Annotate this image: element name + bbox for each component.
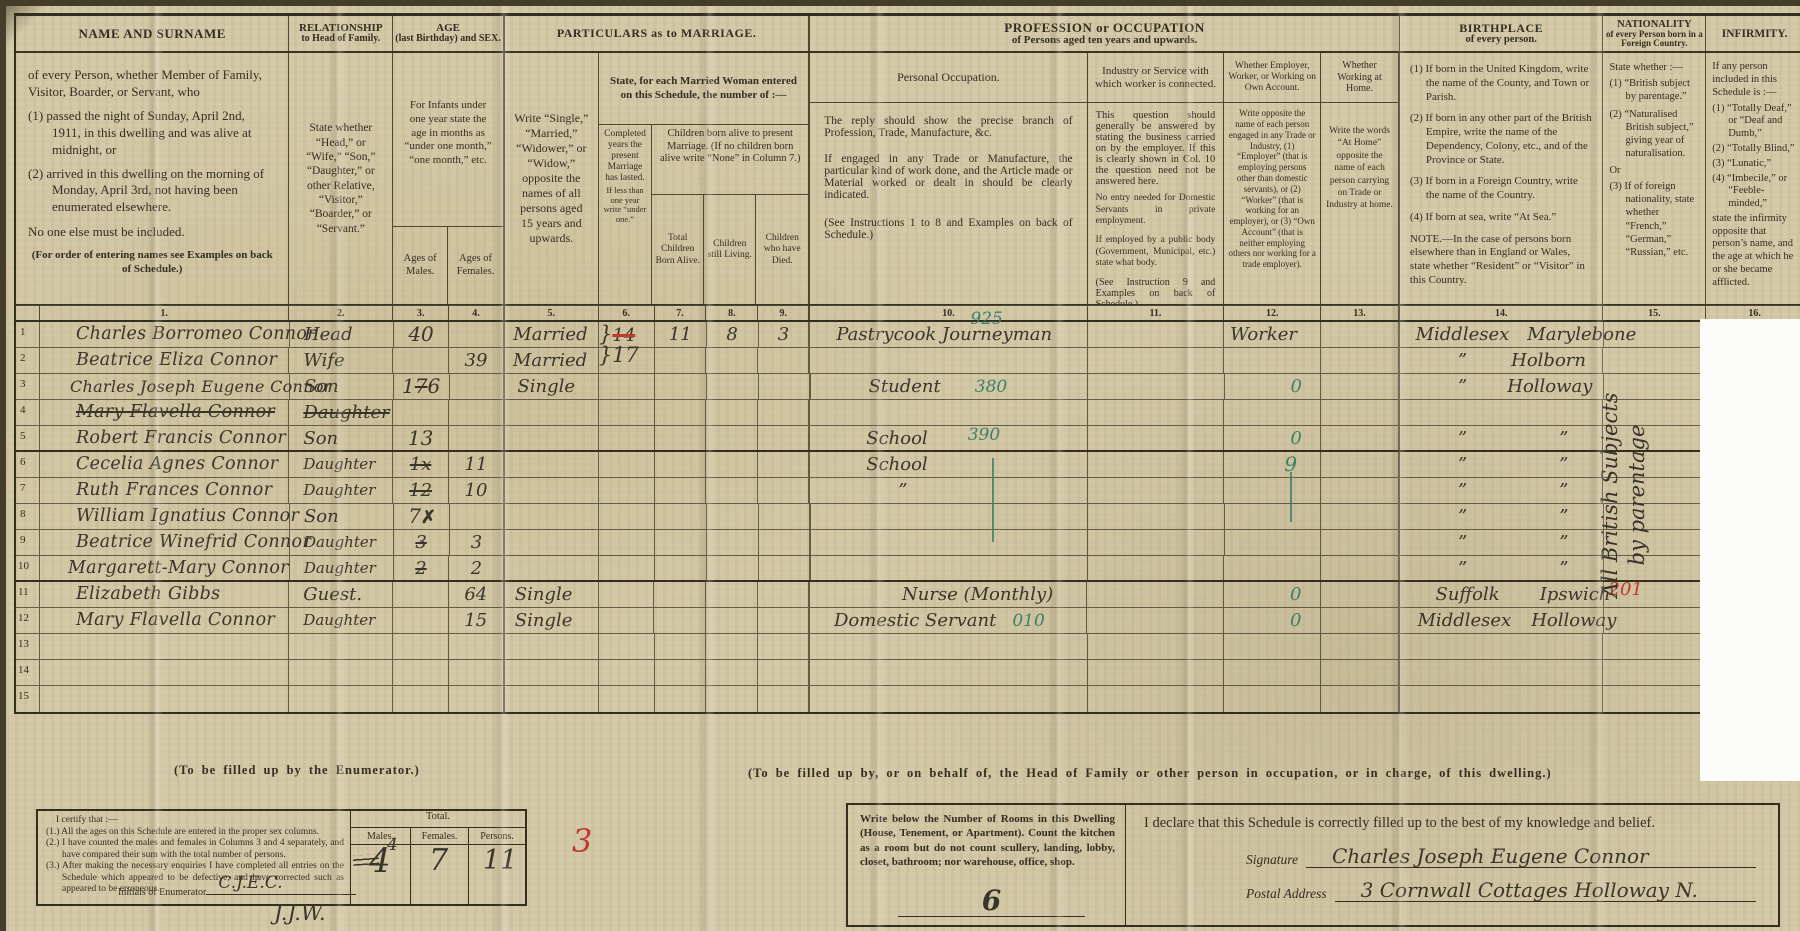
age-male-struck: 1x — [393, 452, 448, 477]
enumerator-signature-below: J.J.W. — [274, 901, 326, 925]
marital-status-entry: Single — [505, 374, 575, 399]
relationship-entry: Head — [290, 322, 353, 347]
infirmity-instructions: If any person included in this Schedule … — [1706, 53, 1800, 304]
occupation-entry: Pastrycook Journeyman — [810, 322, 1052, 347]
occupation-entry: School — [810, 426, 927, 451]
birthplace-ditto: ” — [1559, 478, 1568, 503]
nationality-annotation: All British Subjects by parentage — [1597, 330, 1663, 660]
industry-instructions: Industry or Service with which worker is… — [1088, 53, 1225, 304]
name-entry: Mary Flavella Connor — [40, 608, 275, 633]
ages-males-label: Ages of Males. — [393, 227, 448, 304]
children-born-entry: 11 — [655, 322, 706, 347]
col-relationship-title: RELATIONSHIPto Head of Family. — [289, 16, 393, 51]
header-instruction-band: of every Person, whether Member of Famil… — [16, 53, 1800, 305]
table-row: 9 Beatrice Winefrid Connor Daughter 3 3 … — [16, 530, 1800, 556]
occupation-code: 925 — [970, 309, 1002, 329]
married-woman-instructions: State, for each Married Woman entered on… — [599, 53, 811, 304]
children-died-entry: 3 — [759, 322, 809, 347]
age-male-struck: 3 — [394, 530, 449, 555]
employer-status-entry: Worker — [1224, 322, 1297, 347]
age-male-entry: 6 — [427, 374, 440, 399]
personal-occupation-instructions: Personal Occupation. The reply should sh… — [810, 53, 1087, 304]
table-row: 15 — [16, 686, 1800, 712]
persons-total: 11 — [469, 845, 525, 904]
name-entry: Elizabeth Gibbs — [40, 582, 221, 607]
ages-females-label: Ages of Females. — [448, 227, 503, 304]
enumerator-initials-value: C.J.E.C. — [218, 871, 282, 896]
table-row: 1 Charles Borromeo Connor Head 40 Marrie… — [16, 322, 1800, 348]
rooms-count: 6 — [898, 886, 1085, 917]
children-born-label: Total Children Born Alive. — [652, 195, 704, 304]
declaration-area: I declare that this Schedule is correctl… — [1126, 805, 1778, 925]
marital-status-entry: Single — [505, 608, 573, 633]
relationship-entry: Daughter — [290, 556, 376, 581]
relationship-entry: Daughter — [290, 530, 376, 555]
col-age-title: AGE(last Birthday) and SEX. — [393, 16, 505, 51]
col-name-title: NAME AND SURNAME — [16, 16, 289, 51]
birthplace-county: Middlesex — [1418, 608, 1512, 633]
birthplace-ditto: ” — [1458, 348, 1467, 373]
relationship-entry: Daughter — [289, 452, 375, 477]
birthplace-county: Suffolk — [1436, 582, 1500, 607]
birthplace-town: Holborn — [1511, 348, 1586, 373]
age-female-entry: 64 — [449, 582, 503, 607]
working-at-home-instructions: Whether Working at Home. Write the words… — [1321, 53, 1400, 304]
name-entry: Beatrice Winefrid Connor — [40, 530, 311, 555]
birthplace-ditto: ” — [1559, 426, 1568, 451]
declaration-text: I declare that this Schedule is correctl… — [1144, 815, 1655, 832]
age-male-struck: 2 — [394, 556, 449, 581]
relationship-entry: Son — [290, 374, 339, 399]
employer-worker-instructions: Whether Employer, Worker, or Working on … — [1224, 53, 1321, 304]
birthplace-ditto: ” — [1458, 504, 1467, 529]
birthplace-ditto: ” — [1559, 556, 1568, 581]
children-died-label: Children who have Died. — [756, 195, 808, 304]
census-table: NAME AND SURNAME RELATIONSHIPto Head of … — [14, 13, 1800, 714]
birthplace-town: Holloway — [1507, 374, 1592, 399]
marital-status-entry: Single — [505, 582, 573, 607]
occupation-entry: Domestic Servant — [810, 608, 996, 633]
scan-cutoff-patch — [1700, 319, 1800, 781]
relationship-entry-struck: Daughter — [289, 400, 389, 425]
children-living-label: Children still Living. — [704, 195, 756, 304]
col-marriage-title: PARTICULARS as to MARRIAGE. — [505, 16, 810, 51]
name-entry: Charles Borromeo Connor — [40, 322, 316, 347]
relationship-entry: Daughter — [289, 608, 375, 633]
totals-table: Total. Males. Females. Persons. 4 4 7 11 — [350, 811, 525, 904]
table-row: 3 Charles Joseph Eugene Connor Son 176 S… — [16, 374, 1800, 400]
birthplace-ditto: ” — [1458, 556, 1467, 581]
header-title-band: NAME AND SURNAME RELATIONSHIPto Head of … — [16, 16, 1800, 53]
registrar-mark-red: 3 — [572, 822, 592, 860]
table-row: 13 — [16, 634, 1800, 660]
name-entry: Charles Joseph Eugene Connor — [40, 374, 332, 399]
name-entry: Ruth Frances Connor — [40, 478, 272, 503]
marital-status-entry: Married — [505, 348, 587, 373]
females-label: Females. — [411, 828, 469, 844]
age-instructions: For Infants under one year state the age… — [393, 53, 505, 304]
signature-line: Signature Charles Joseph Eugene Connor — [1246, 845, 1756, 868]
table-row: 11 Elizabeth Gibbs Guest. 64 Single Nurs… — [16, 582, 1800, 608]
name-entry: Margarett-Mary Connor — [40, 556, 289, 581]
birthplace-ditto: ” — [1458, 426, 1467, 451]
nationality-instructions: State whether :— (1) “British subject by… — [1603, 53, 1706, 304]
employer-status-entry: 0 — [1290, 608, 1301, 633]
age-female-entry: 39 — [449, 348, 503, 373]
relationship-instructions: State whether “Head,” or “Wife,” “Son,” … — [289, 53, 393, 304]
years-married-entry: }17 — [599, 343, 639, 368]
marital-status-entry: Married — [505, 322, 587, 347]
employer-status-entry: 0 — [1291, 374, 1302, 399]
employer-status-entry: 0 — [1290, 426, 1301, 451]
table-body: 1 Charles Borromeo Connor Head 40 Marrie… — [16, 322, 1800, 712]
relationship-entry: Guest. — [289, 582, 362, 607]
enumerator-section-title: (To be filled up by the Enumerator.) — [174, 763, 420, 778]
name-instructions: of every Person, whether Member of Famil… — [16, 53, 289, 304]
table-row: 4 Mary Flavella Connor Daughter — [16, 400, 1800, 426]
age-male-entry: 13 — [393, 426, 448, 451]
birthplace-county: Middlesex — [1416, 322, 1510, 347]
birthplace-ditto: ” — [1559, 530, 1568, 555]
declaration-section-title: (To be filled up by, or on behalf of, th… — [748, 766, 1552, 781]
marriage-write-instructions: Write “Single,” “Married,” “Widower,” or… — [505, 53, 599, 304]
birthplace-ditto: ” — [1458, 374, 1467, 399]
name-entry: Robert Francis Connor — [40, 426, 286, 451]
name-entry: William Ignatius Connor — [40, 504, 299, 529]
col-infirmity-title: INFIRMITY. — [1706, 16, 1800, 51]
col-nationality-title: NATIONALITYof every Person born in a For… — [1603, 16, 1706, 51]
birthplace-instructions: (1) If born in the United Kingdom, write… — [1400, 53, 1604, 304]
females-total: 7 — [411, 845, 469, 904]
occupation-code: 390 — [968, 425, 1000, 445]
table-row: 12 Mary Flavella Connor Daughter 15 Sing… — [16, 608, 1800, 634]
birthplace-ditto: ” — [1458, 452, 1467, 477]
occupation-ditto: ” — [810, 478, 907, 503]
ink-blot: ✗ — [421, 505, 434, 530]
table-row: 10 Margarett-Mary Connor Daughter 2 2 ”” — [16, 556, 1800, 582]
occupation-entry: Nurse (Monthly) — [810, 582, 1053, 607]
occupation-entry: School — [810, 452, 927, 477]
occupation-code: 380 — [975, 377, 1007, 397]
census-schedule-scan: NAME AND SURNAME RELATIONSHIPto Head of … — [6, 6, 1800, 931]
birthplace-ditto: ” — [1458, 478, 1467, 503]
name-entry: Cecelia Agnes Connor — [40, 452, 278, 477]
enumerator-initials: Initials of EnumeratorC.J.E.C. — [118, 881, 356, 900]
enumerator-box: I certify that :— (1.) All the ages on t… — [36, 809, 527, 906]
age-female-entry: 10 — [449, 478, 503, 503]
table-row: 14 — [16, 660, 1800, 686]
table-row: 7 Ruth Frances Connor Daughter 12 10 ” ”… — [16, 478, 1800, 504]
completed-years-label: Completed years the present Marriage has… — [599, 125, 653, 304]
declaration-box: Write below the Number of Rooms in this … — [846, 803, 1780, 927]
birthplace-ditto: ” — [1458, 530, 1467, 555]
table-row: 5 Robert Francis Connor Son 13 School390… — [16, 426, 1800, 452]
occupation-entry: Student — [811, 374, 941, 399]
postal-address-value: 3 Cornwall Cottages Holloway N. — [1335, 879, 1756, 902]
column-number-strip: 1. 2. 3. 4. 5. 6. 7. 8. 9. 10. 11. 12. 1… — [16, 305, 1800, 322]
table-row: 2 Beatrice Eliza Connor Wife 39 Married … — [16, 348, 1800, 374]
age-female-entry: 3 — [450, 530, 504, 555]
children-living-entry: 8 — [707, 322, 758, 347]
postal-address-line: Postal Address 3 Cornwall Cottages Hollo… — [1246, 879, 1756, 902]
total-label: Total. — [351, 811, 525, 828]
males-total: 4 4 — [351, 845, 411, 904]
age-male-entry: 7 — [408, 504, 421, 529]
table-row: 8 William Ignatius Connor Son 7✗ ”” — [16, 504, 1800, 530]
persons-label: Persons. — [469, 828, 525, 844]
name-entry-struck: Mary Flavella Connor — [40, 400, 275, 425]
relationship-entry: Wife — [289, 348, 344, 373]
age-female-entry: 2 — [449, 556, 503, 581]
rooms-box: Write below the Number of Rooms in this … — [848, 805, 1126, 925]
age-male-struck: 12 — [393, 478, 448, 503]
signature-value: Charles Joseph Eugene Connor — [1306, 845, 1756, 868]
age-female-entry: 11 — [449, 452, 503, 477]
col-birthplace-title: BIRTHPLACEof every person. — [1400, 16, 1604, 51]
birthplace-ditto: ” — [1559, 452, 1568, 477]
age-female-entry: 15 — [449, 608, 503, 633]
birthplace-ditto: ” — [1559, 504, 1568, 529]
relationship-entry: Son — [289, 426, 338, 451]
enumerator-certification: I certify that :— (1.) All the ages on t… — [38, 811, 350, 904]
employer-status-entry: 0 — [1290, 582, 1301, 607]
col-profession-title: PROFESSION or OCCUPATIONof Persons aged … — [810, 16, 1400, 51]
relationship-entry: Son — [290, 504, 339, 529]
relationship-entry: Daughter — [289, 478, 375, 503]
occupation-code: 010 — [1012, 611, 1044, 631]
age-male-entry: 40 — [394, 322, 449, 347]
name-entry: Beatrice Eliza Connor — [40, 348, 277, 373]
table-row: 6 Cecelia Agnes Connor Daughter 1x 11 Sc… — [16, 452, 1800, 478]
